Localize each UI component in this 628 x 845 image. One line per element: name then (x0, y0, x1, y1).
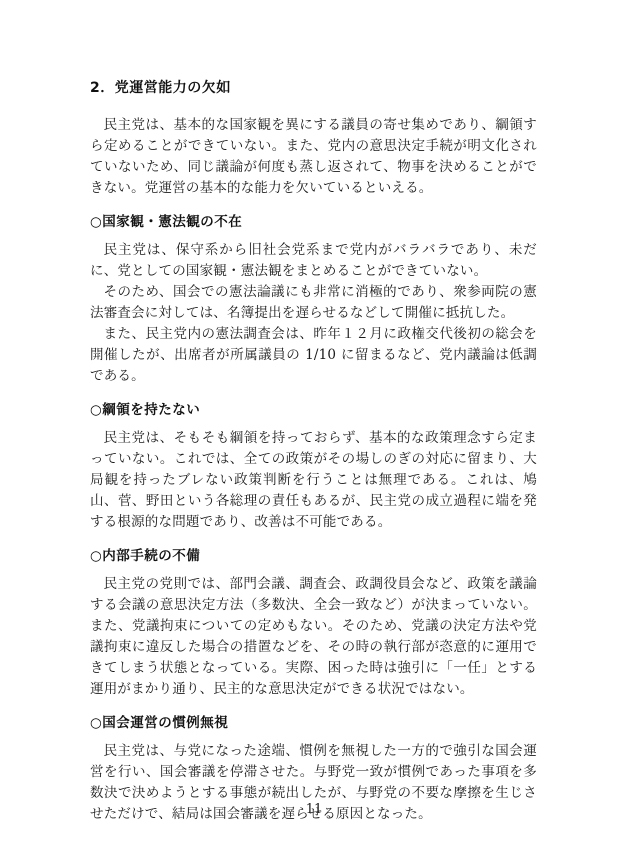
document-content: 2．党運営能力の欠如 民主党は、基本的な国家観を異にする議員の寄せ集めであり、綱… (90, 80, 537, 825)
paragraph: また、民主党内の憲法調査会は、昨年１２月に政権交代後初の総会を開催したが、出席者… (90, 324, 537, 387)
section-heading-national-vision: ○国家観・憲法観の不在 (90, 214, 537, 230)
section-heading-no-platform: ○綱領を持たない (90, 402, 537, 418)
section-heading-internal-procedures: ○内部手続の不備 (90, 548, 537, 564)
section-heading-diet-management: ○国会運営の慣例無視 (90, 715, 537, 731)
paragraph: そのため、国会での憲法論議にも非常に消極的であり、衆参両院の憲法審査会に対しては… (90, 282, 537, 324)
section-national-vision: ○国家観・憲法観の不在 民主党は、保守系から旧社会党系まで党内がバラバラであり、… (90, 214, 537, 387)
document-page: 2．党運営能力の欠如 民主党は、基本的な国家観を異にする議員の寄せ集めであり、綱… (0, 0, 628, 845)
chapter-title: 2．党運営能力の欠如 (90, 80, 537, 97)
paragraph: 民主党は、そもそも綱領を持っておらず、基本的な政策理念すら定まっていない。これで… (90, 428, 537, 533)
section-no-platform: ○綱領を持たない 民主党は、そもそも綱領を持っておらず、基本的な政策理念すら定ま… (90, 402, 537, 533)
page-number: 11 (0, 802, 628, 817)
intro-paragraph: 民主党は、基本的な国家観を異にする議員の寄せ集めであり、綱領すら定めることができ… (90, 115, 537, 199)
paragraph: 民主党は、保守系から旧社会党系まで党内がバラバラであり、未だに、党としての国家観… (90, 240, 537, 282)
section-internal-procedures: ○内部手続の不備 民主党の党則では、部門会議、調査会、政調役員会など、政策を議論… (90, 548, 537, 700)
paragraph: 民主党の党則では、部門会議、調査会、政調役員会など、政策を議論する会議の意思決定… (90, 574, 537, 700)
